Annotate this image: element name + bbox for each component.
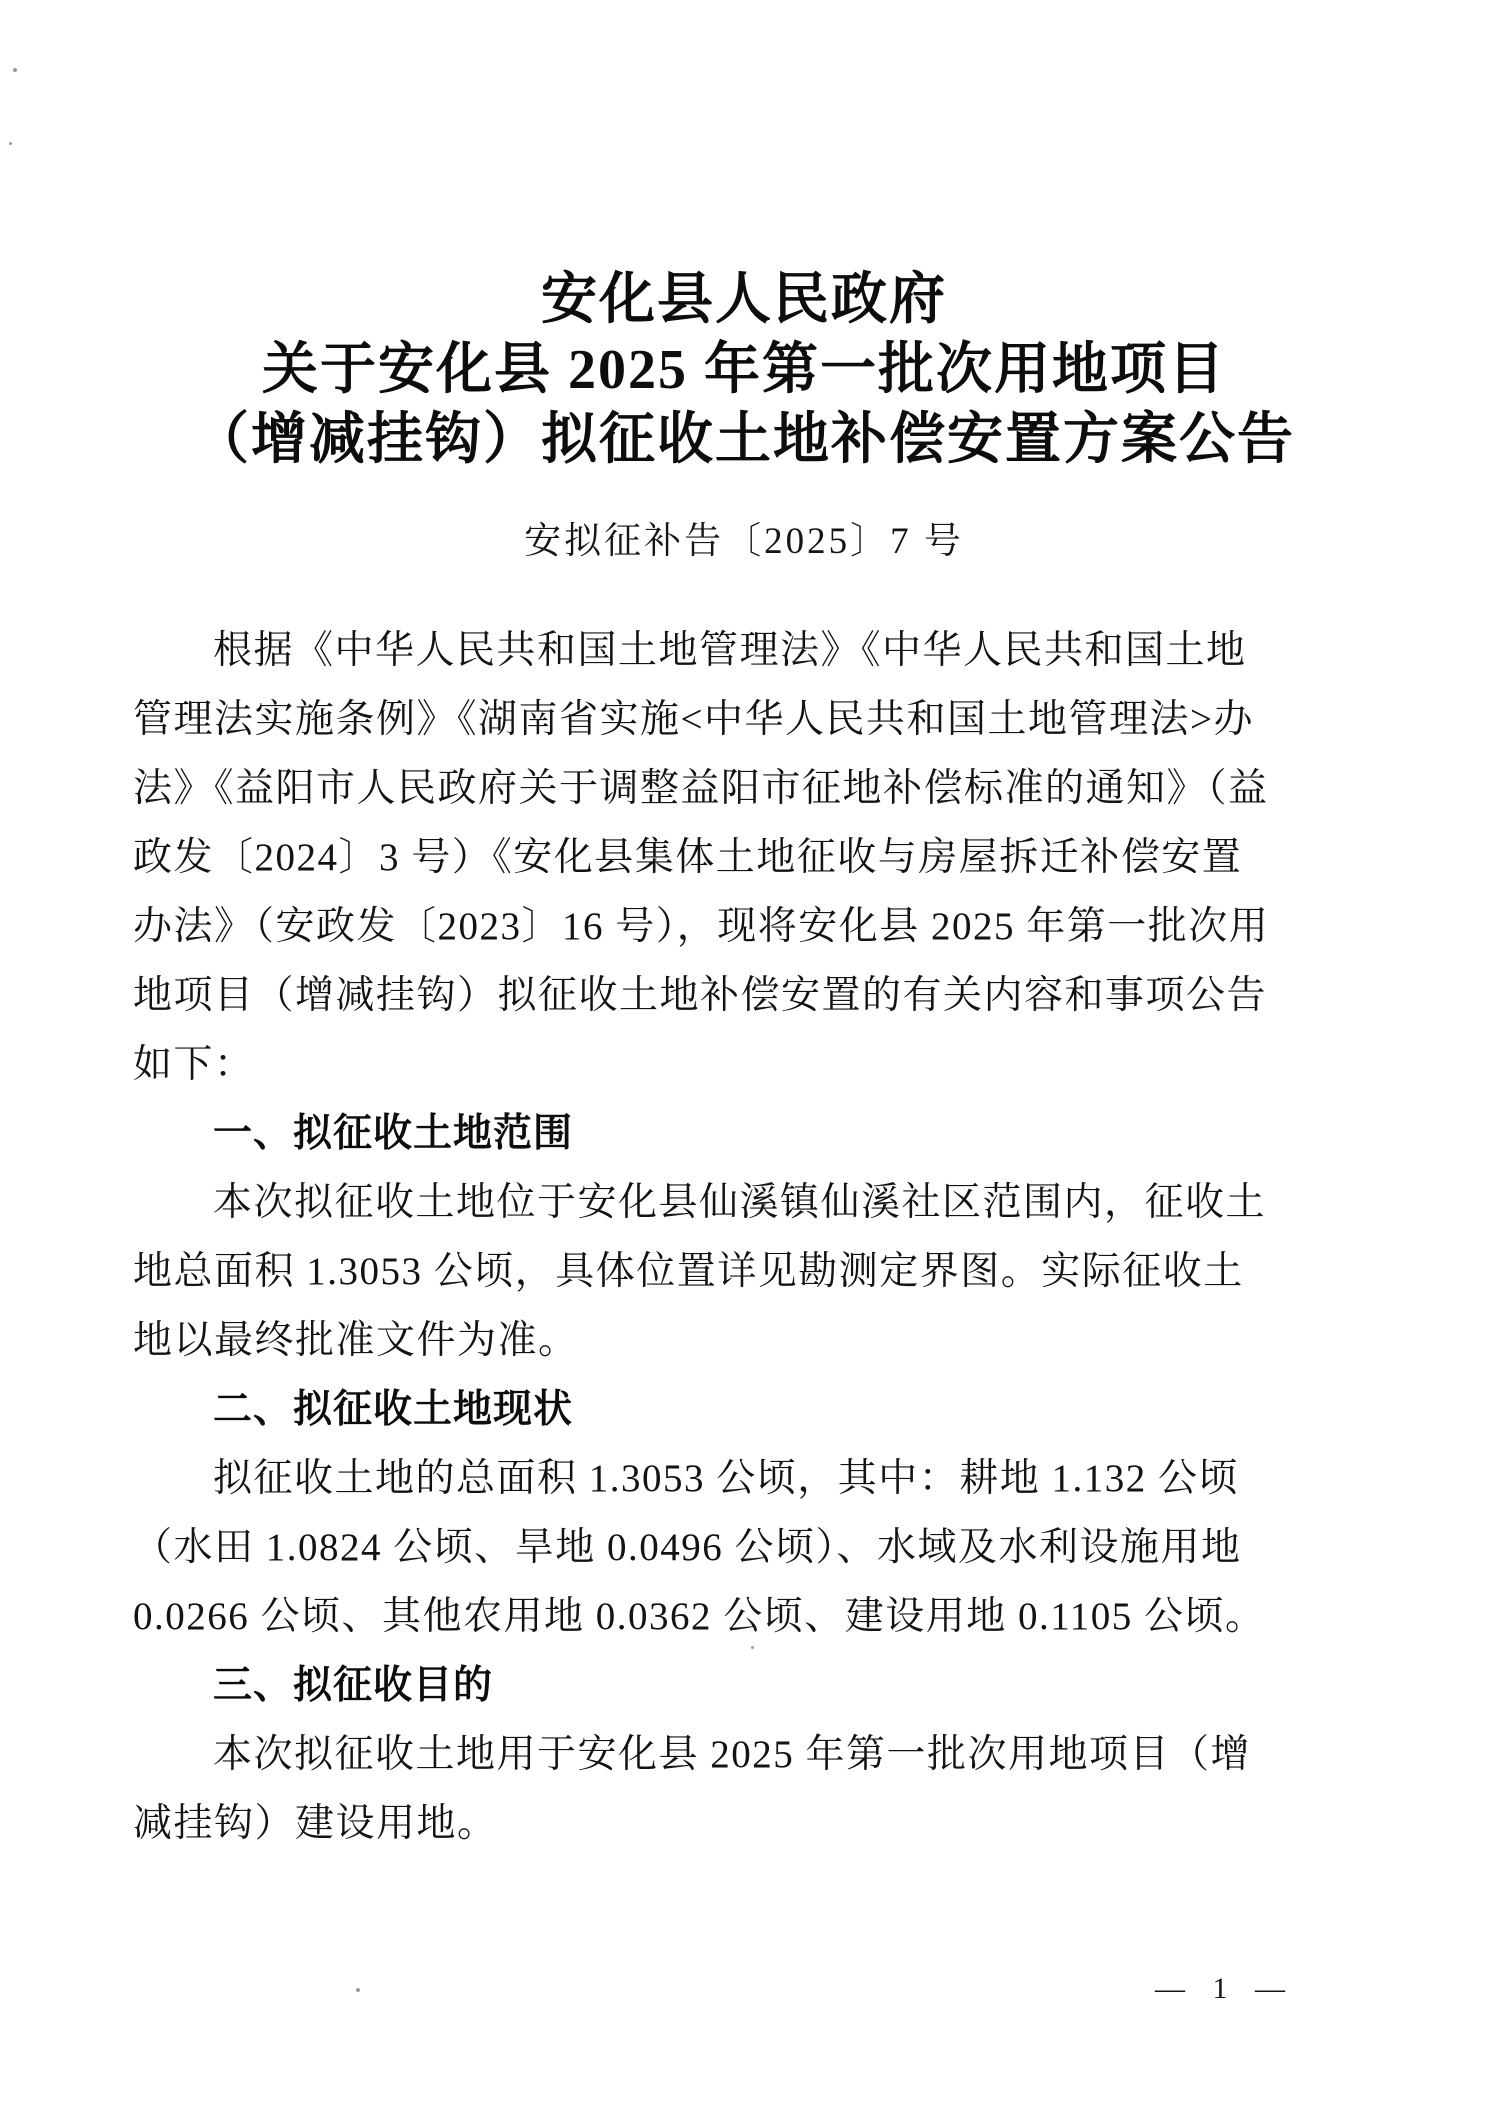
section-heading-1: 一、拟征收土地范围	[133, 1099, 1298, 1168]
scan-artifact	[356, 1988, 360, 1992]
paragraph-2-line: 地总面积 1.3053 公顷，具体位置详见勘测定界图。实际征收土	[133, 1237, 1298, 1306]
document-page: 安化县人民政府 关于安化县 2025 年第一批次用地项目 （增减挂钩）拟征收土地…	[0, 0, 1488, 2104]
paragraph-1-line: 根据《中华人民共和国土地管理法》《中华人民共和国土地	[133, 616, 1298, 685]
paragraph-1-line: 办法》（安政发〔2023〕16 号），现将安化县 2025 年第一批次用	[133, 892, 1298, 961]
document-body: 根据《中华人民共和国土地管理法》《中华人民共和国土地 管理法实施条例》《湖南省实…	[0, 616, 1488, 1858]
paragraph-1-line: 如下：	[133, 1030, 1298, 1099]
paragraph-2-line: 地以最终批准文件为准。	[133, 1306, 1298, 1375]
title-line-1: 安化县人民政府	[0, 265, 1488, 335]
title-line-2: 关于安化县 2025 年第一批次用地项目	[0, 335, 1488, 405]
scan-artifact	[9, 142, 12, 145]
paragraph-4-line: 本次拟征收土地用于安化县 2025 年第一批次用地项目（增	[133, 1720, 1298, 1789]
paragraph-1-line: 地项目（增减挂钩）拟征收土地补偿安置的有关内容和事项公告	[133, 961, 1298, 1030]
paragraph-3-line: 0.0266 公顷、其他农用地 0.0362 公顷、建设用地 0.1105 公顷…	[133, 1582, 1298, 1651]
section-heading-2: 二、拟征收土地现状	[133, 1375, 1298, 1444]
paragraph-1-line: 管理法实施条例》《湖南省实施<中华人民共和国土地管理法>办	[133, 685, 1298, 754]
document-title: 安化县人民政府 关于安化县 2025 年第一批次用地项目 （增减挂钩）拟征收土地…	[0, 0, 1488, 475]
scan-artifact	[13, 68, 17, 72]
paragraph-1-line: 法》《益阳市人民政府关于调整益阳市征地补偿标准的通知》（益	[133, 754, 1298, 823]
page-number: — 1 —	[1155, 1972, 1295, 2006]
section-heading-3: 三、拟征收目的	[133, 1651, 1298, 1720]
paragraph-4-line: 减挂钩）建设用地。	[133, 1789, 1298, 1858]
paragraph-3-line: （水田 1.0824 公顷、旱地 0.0496 公顷）、水域及水利设施用地	[133, 1513, 1298, 1582]
document-number: 安拟征补告〔2025〕7 号	[0, 517, 1488, 567]
scan-artifact	[751, 1646, 754, 1649]
title-line-3: （增减挂钩）拟征收土地补偿安置方案公告	[0, 405, 1488, 475]
paragraph-1-line: 政发〔2024〕3 号）《安化县集体土地征收与房屋拆迁补偿安置	[133, 823, 1298, 892]
paragraph-2-line: 本次拟征收土地位于安化县仙溪镇仙溪社区范围内，征收土	[133, 1168, 1298, 1237]
paragraph-3-line: 拟征收土地的总面积 1.3053 公顷，其中：耕地 1.132 公顷	[133, 1444, 1298, 1513]
